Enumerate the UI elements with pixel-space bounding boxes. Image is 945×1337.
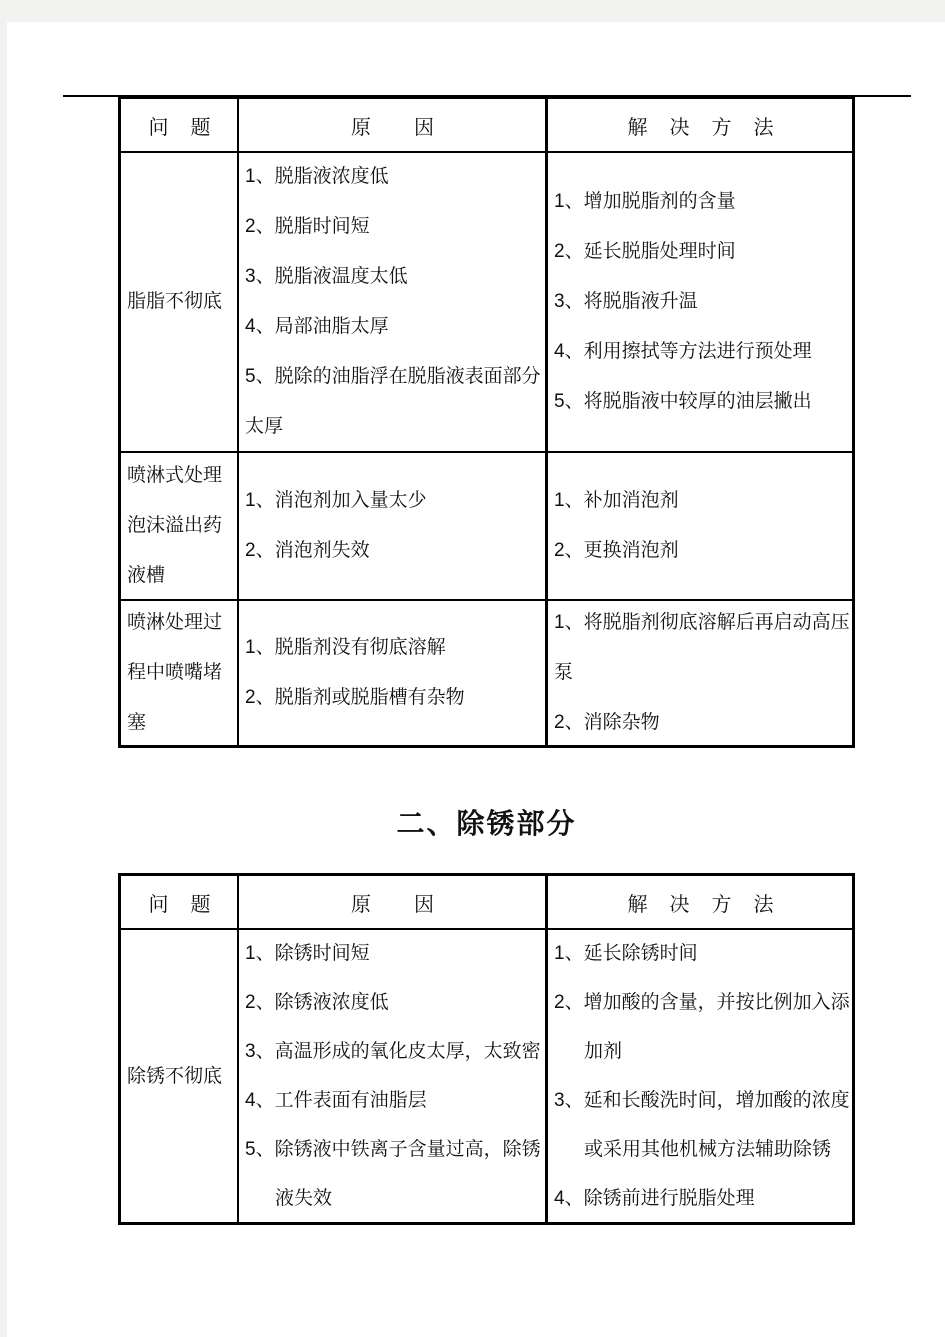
cause-item: 1、消泡剂加入量太少 (245, 476, 541, 526)
solution-item: 4、利用擦拭等方法进行预处理 (554, 327, 848, 377)
solution-item: 4、除锈前进行脱脂处理 (554, 1174, 848, 1222)
solution-item: 3、将脱脂液升温 (554, 277, 848, 327)
cause-item: 3、脱脂液温度太低 (245, 252, 541, 302)
solution-item: 2、增加酸的含量，并按比例加入添 (554, 978, 848, 1027)
solutions-cell: 1、补加消泡剂 2、更换消泡剂 (545, 451, 852, 599)
solutions-cell: 1、增加脱脂剂的含量 2、延长脱脂处理时间 3、将脱脂液升温 4、利用擦拭等方法… (545, 151, 852, 451)
causes-cell: 1、除锈时间短 2、除锈液浓度低 3、高温形成的氧化皮太厚，太致密 4、工件表面… (237, 928, 545, 1222)
problem-text: 脂脂不彻底 (127, 277, 233, 327)
solution-item: 5、将脱脂液中较厚的油层撇出 (554, 377, 848, 427)
problem-text: 喷淋处理过 (127, 599, 233, 648)
solutions-cell: 1、延长除锈时间 2、增加酸的含量，并按比例加入添 加剂 3、延和长酸洗时间，增… (545, 928, 852, 1222)
problem-cell: 除锈不彻底 (121, 928, 237, 1222)
problem-cell: 喷淋处理过 程中喷嘴堵 塞 (121, 599, 237, 745)
cause-item: 1、除锈时间短 (245, 929, 541, 978)
solutions-cell: 1、将脱脂剂彻底溶解后再启动高压 泵 2、消除杂物 (545, 599, 852, 745)
cause-item: 4、工件表面有油脂层 (245, 1076, 541, 1125)
cause-item: 2、除锈液浓度低 (245, 978, 541, 1027)
problem-cell: 脂脂不彻底 (121, 151, 237, 451)
causes-cell: 1、消泡剂加入量太少 2、消泡剂失效 (237, 451, 545, 599)
problem-cell: 喷淋式处理 泡沫溢出药 液槽 (121, 451, 237, 599)
solution-item: 1、补加消泡剂 (554, 476, 848, 526)
solution-item: 1、将脱脂剂彻底溶解后再启动高压 (554, 599, 848, 648)
solution-item: 1、增加脱脂剂的含量 (554, 177, 848, 227)
table-degreasing: 问 题 原 因 解 决 方 法 脂脂不彻底 1、脱脂液浓度低 2、脱脂时间短 3… (118, 96, 855, 748)
problem-text: 液槽 (127, 551, 233, 599)
cause-item-wrap: 液失效 (245, 1174, 541, 1222)
cause-item: 2、脱脂时间短 (245, 202, 541, 252)
problem-text: 除锈不彻底 (127, 1052, 233, 1101)
solution-item: 2、更换消泡剂 (554, 526, 848, 576)
cause-item: 1、脱脂液浓度低 (245, 152, 541, 202)
problem-text: 泡沫溢出药 (127, 501, 233, 551)
document-page: 问 题 原 因 解 决 方 法 脂脂不彻底 1、脱脂液浓度低 2、脱脂时间短 3… (0, 0, 945, 1337)
page-top-edge (0, 0, 945, 22)
cause-item-wrap: 太厚 (245, 402, 541, 451)
solution-item-wrap: 泵 (554, 648, 848, 698)
section-heading-rust-removal: 二、除锈部分 (118, 802, 855, 842)
solution-item-wrap: 加剂 (554, 1027, 848, 1076)
col-header-cause: 原 因 (237, 99, 545, 151)
problem-text: 塞 (127, 698, 233, 745)
cause-item: 5、除锈液中铁离子含量过高，除锈 (245, 1125, 541, 1174)
col-header-solution: 解 决 方 法 (545, 876, 852, 928)
col-header-cause: 原 因 (237, 876, 545, 928)
col-header-solution: 解 决 方 法 (545, 99, 852, 151)
solution-item: 1、延长除锈时间 (554, 929, 848, 978)
causes-cell: 1、脱脂液浓度低 2、脱脂时间短 3、脱脂液温度太低 4、局部油脂太厚 5、脱除… (237, 151, 545, 451)
cause-item: 4、局部油脂太厚 (245, 302, 541, 352)
col-header-problem: 问 题 (121, 99, 237, 151)
problem-text: 程中喷嘴堵 (127, 648, 233, 698)
cause-item: 2、脱脂剂或脱脂槽有杂物 (245, 673, 541, 723)
col-header-problem: 问 题 (121, 876, 237, 928)
solution-item: 2、消除杂物 (554, 698, 848, 745)
table-rust-removal: 问 题 原 因 解 决 方 法 除锈不彻底 1、除锈时间短 2、除锈液浓度低 3… (118, 873, 855, 1225)
page-left-edge (0, 0, 7, 1337)
problem-text: 喷淋式处理 (127, 451, 233, 501)
causes-cell: 1、脱脂剂没有彻底溶解 2、脱脂剂或脱脂槽有杂物 (237, 599, 545, 745)
solution-item: 2、延长脱脂处理时间 (554, 227, 848, 277)
cause-item: 1、脱脂剂没有彻底溶解 (245, 623, 541, 673)
cause-item: 5、脱除的油脂浮在脱脂液表面部分 (245, 352, 541, 402)
solution-item-wrap: 或采用其他机械方法辅助除锈 (554, 1125, 848, 1174)
cause-item: 3、高温形成的氧化皮太厚，太致密 (245, 1027, 541, 1076)
cause-item: 2、消泡剂失效 (245, 526, 541, 576)
solution-item: 3、延和长酸洗时间，增加酸的浓度 (554, 1076, 848, 1125)
